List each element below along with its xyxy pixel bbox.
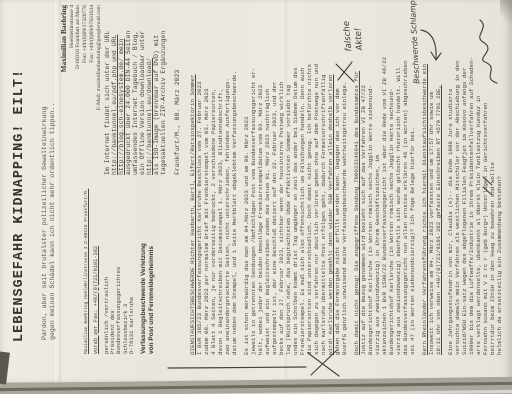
subject-line: Verfassungsbeschwerde Verletzungvon Post… — [140, 243, 156, 354]
letterhead-block: Maximilian BaehringHoelderlinstrasse 4D-… — [60, 5, 103, 110]
sender-line: Maximilian Baehring Hoelderlinstrasse 4 … — [84, 189, 89, 354]
handwritten-note-falsche-akte: falscheAkte! — [342, 20, 366, 52]
scan-corner-shadow-top-right — [500, 0, 512, 28]
body-paragraph-4: Kern Rheinländer Verfahrensführung richt… — [421, 21, 442, 355]
headline-subtext: Pardon, aber seit brutalster polizeilich… — [41, 103, 57, 340]
page-edge-highlight — [0, 390, 512, 394]
margin-pen-line — [168, 367, 306, 368]
body-paragraph-3: Doch damit nicht genug! Die angegriffene… — [353, 21, 416, 355]
letter-page: LEBENSGEFAHR KIDNAPPING! EILT! Pardon, a… — [0, 0, 512, 382]
headline: LEBENSGEFAHR KIDNAPPING! EILT! — [12, 69, 27, 342]
date-line: Frankfurt/M., 08. März 2023 — [174, 70, 181, 175]
recipient-address: persönlich /vertraulichPräsident desBund… — [104, 267, 135, 354]
internet-note: Im Internet findet sich unter der URLhtt… — [104, 3, 167, 175]
fax-line: vorab per Fax: +49/(0)721/9101-382 — [93, 246, 99, 354]
body-paragraph-2: Es ist schon merkwürdig das man am 04.Mä… — [243, 21, 348, 355]
letter-body: DIENSTAUFSICHTSBESCHWERDE Richter Hasbar… — [189, 21, 508, 355]
scanned-letter: LEBENSGEFAHR KIDNAPPING! EILT! Pardon, a… — [0, 0, 512, 394]
body-paragraph-1: DIENSTAUFSICHTSBESCHWERDE Richter Hasbar… — [189, 21, 238, 355]
page-edge-line — [0, 382, 512, 391]
body-paragraph-5: Eine Jahrgangsstufendrin von mir, Claudi… — [447, 21, 503, 355]
